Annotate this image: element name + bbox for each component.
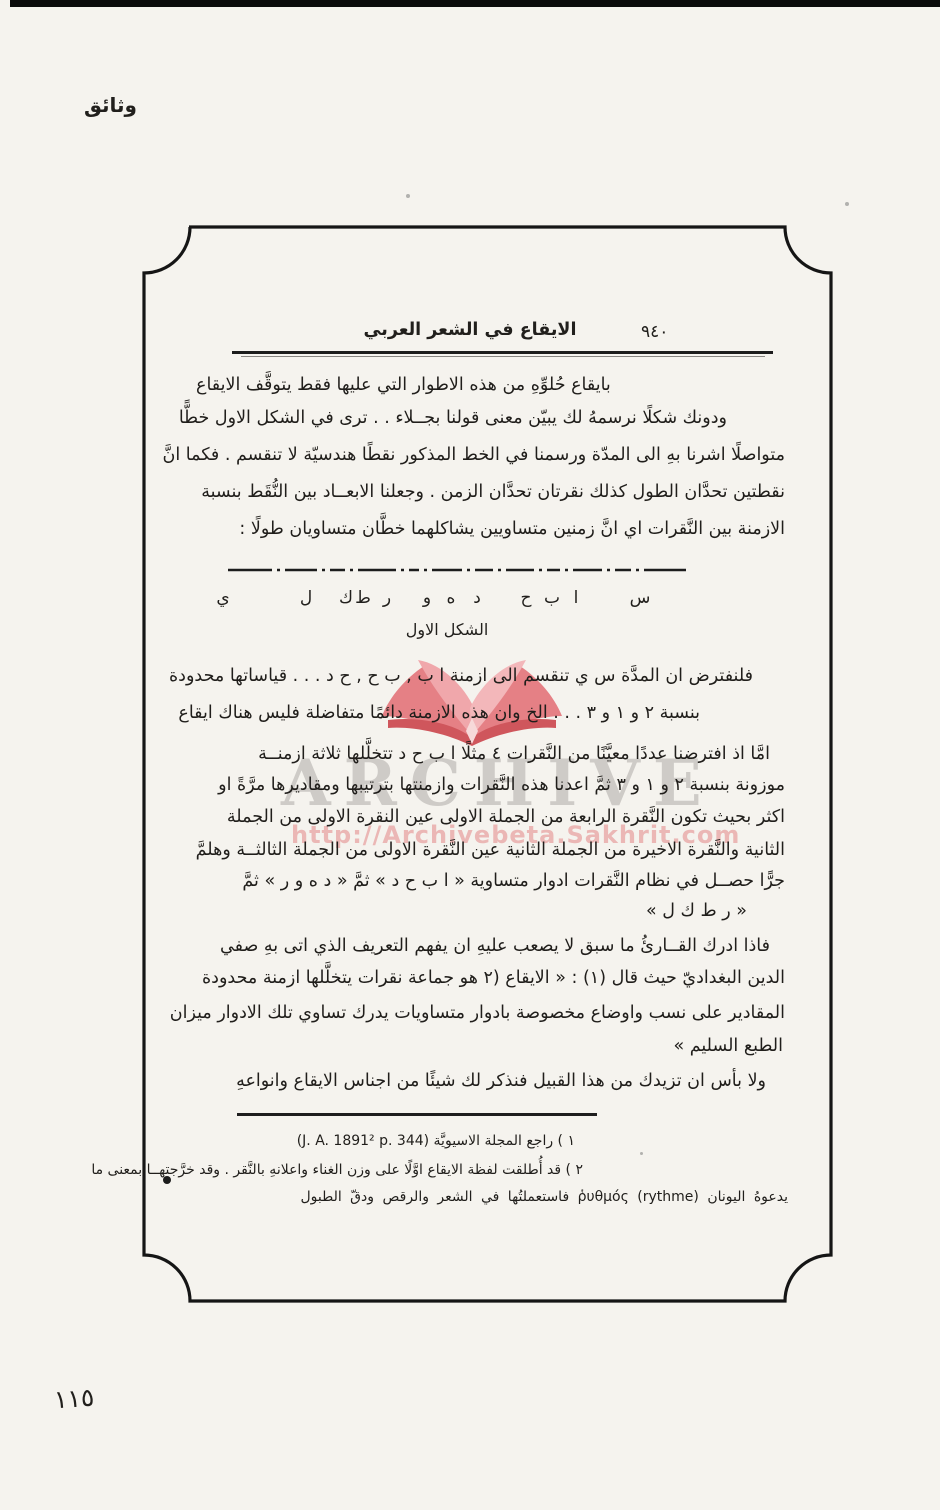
body-line: فلنفترض ان المدَّة س ي تنقسم الى ازمنة ا… (169, 663, 753, 689)
body-line: امَّا اذ افترضنا عددًا معيَّنًا من النَّ… (258, 741, 770, 767)
header-rule-thin (241, 356, 765, 357)
figure-point-letter: ر (383, 588, 391, 608)
body-line: الازمنة بين النَّقرات اي انَّ زمنين متسا… (239, 516, 785, 542)
figure-point-letter: ح (521, 588, 532, 608)
figure-point-letter: ا (574, 588, 579, 608)
figure-point-letter: ي (216, 588, 229, 608)
body-line: الدين البغداديّ حيث قال (١) : « الايقاع … (202, 965, 785, 991)
body-line: الثانية والنَّقرة الاخيرة من الجملة الثا… (196, 837, 785, 863)
body-line: بنسبة ٢ و ١ و ٣ . . . الخ وان هذه الازمن… (178, 700, 700, 726)
body-line: « ر ط ك ل » (646, 898, 747, 924)
scan-speck (406, 194, 410, 198)
section-label: وثائق (84, 93, 137, 117)
body-line: نقطتين تحدَّان الطول كذلك نقرتان تحدَّان… (201, 479, 785, 505)
scanned-journal-page: وثائق ١١٥ ARCHIVE http://Archivebeta.Sak… (0, 0, 940, 1510)
body-line: موزونة بنسبة ٢ و ١ و ٣ ثمَّ اعدنا هذه ال… (218, 772, 785, 798)
figure-point-letter: و (423, 588, 431, 608)
figure-point-letter: ط (355, 588, 371, 608)
header-rule-thick (232, 351, 773, 354)
body-line: ودونك شكلًا نرسمهُ لك يبيّن معنى قولنا ب… (179, 405, 727, 431)
body-line: المقادير على نسب واوضاع مخصوصة بادوار مت… (170, 1000, 785, 1026)
footnote-separator-rule (237, 1113, 597, 1116)
figure-dashed-timeline (226, 562, 706, 578)
running-head-title: الايقاع في الشعر العربي (364, 320, 577, 340)
scan-top-black-bar (10, 0, 940, 7)
body-line: فاذا ادرك القــارئُ ما سبق لا يصعب عليهِ… (220, 933, 770, 959)
body-line: ولا بأس ان تزيدك من هذا القبيل فنذكر لك … (236, 1068, 766, 1094)
figure-point-letter: ك (339, 588, 353, 608)
figure-point-letter: ل (300, 588, 312, 608)
figure-point-letter: ب (544, 588, 560, 608)
scan-speck (845, 202, 849, 206)
footnote-line: ١ ) راجع المجلة الاسيويَّة (J. A. 1891² … (297, 1130, 575, 1152)
figure-point-letter: د (473, 588, 481, 608)
footnote-line: يدعوهُ اليونان ῥυθμός (rythme) فاستعملتُ… (300, 1186, 788, 1208)
body-line: بايقاع حُلوِّهِ من هذه الاطوار التي عليه… (196, 372, 611, 398)
body-line: اكثر بحيث تكون النَّقرة الرابعة من الجمل… (227, 804, 785, 830)
figure-point-letter: ه (447, 588, 456, 608)
running-head-page-number: ٩٤٠ (641, 322, 668, 342)
scan-speck (640, 1152, 643, 1155)
body-line: الطبع السليم » (673, 1033, 783, 1059)
footnote-line: ٢ ) قد أُطلقت لفظة الايقاع اوَّلًا على و… (91, 1159, 583, 1181)
figure-point-letter: س (630, 588, 651, 608)
body-line: جرًّا حصــل في نظام النَّقرات ادوار متسا… (242, 868, 785, 894)
figure-caption: الشكل الاول (406, 620, 489, 639)
folio-page-number: ١١٥ (53, 1383, 95, 1415)
body-line: متواصلًا اشرنا بهِ الى المدّة ورسمنا في … (163, 442, 785, 468)
